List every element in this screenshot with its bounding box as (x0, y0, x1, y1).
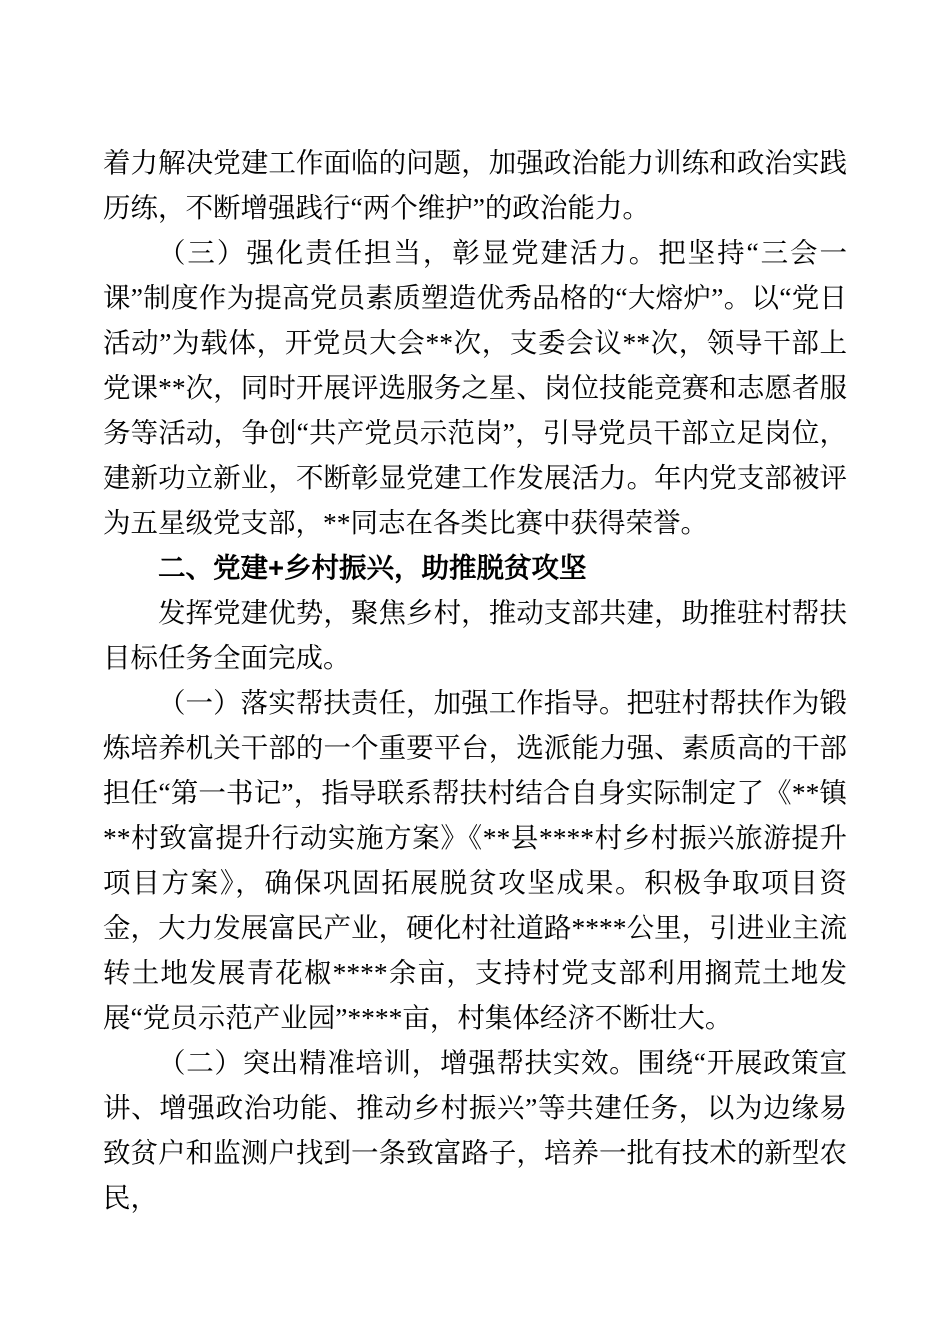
document-page: 着力解决党建工作面临的问题，加强政治能力训练和政治实践历练，不断增强践行“两个维… (0, 0, 950, 1344)
paragraph: （一）落实帮扶责任，加强工作指导。把驻村帮扶作为锻炼培养机关干部的一个重要平台，… (103, 680, 847, 1040)
paragraph-continuation: 着力解决党建工作面临的问题，加强政治能力训练和政治实践历练，不断增强践行“两个维… (103, 140, 847, 230)
paragraph: （三）强化责任担当，彰显党建活力。把坚持“三会一课”制度作为提高党员素质塑造优秀… (103, 230, 847, 545)
paragraph: 发挥党建优势，聚焦乡村，推动支部共建，助推驻村帮扶目标任务全面完成。 (103, 590, 847, 680)
document-content: 着力解决党建工作面临的问题，加强政治能力训练和政治实践历练，不断增强践行“两个维… (103, 140, 847, 1220)
section-heading: 二、党建+乡村振兴，助推脱贫攻坚 (103, 545, 847, 590)
paragraph: （二）突出精准培训，增强帮扶实效。围绕“开展政策宣讲、增强政治功能、推动乡村振兴… (103, 1040, 847, 1220)
